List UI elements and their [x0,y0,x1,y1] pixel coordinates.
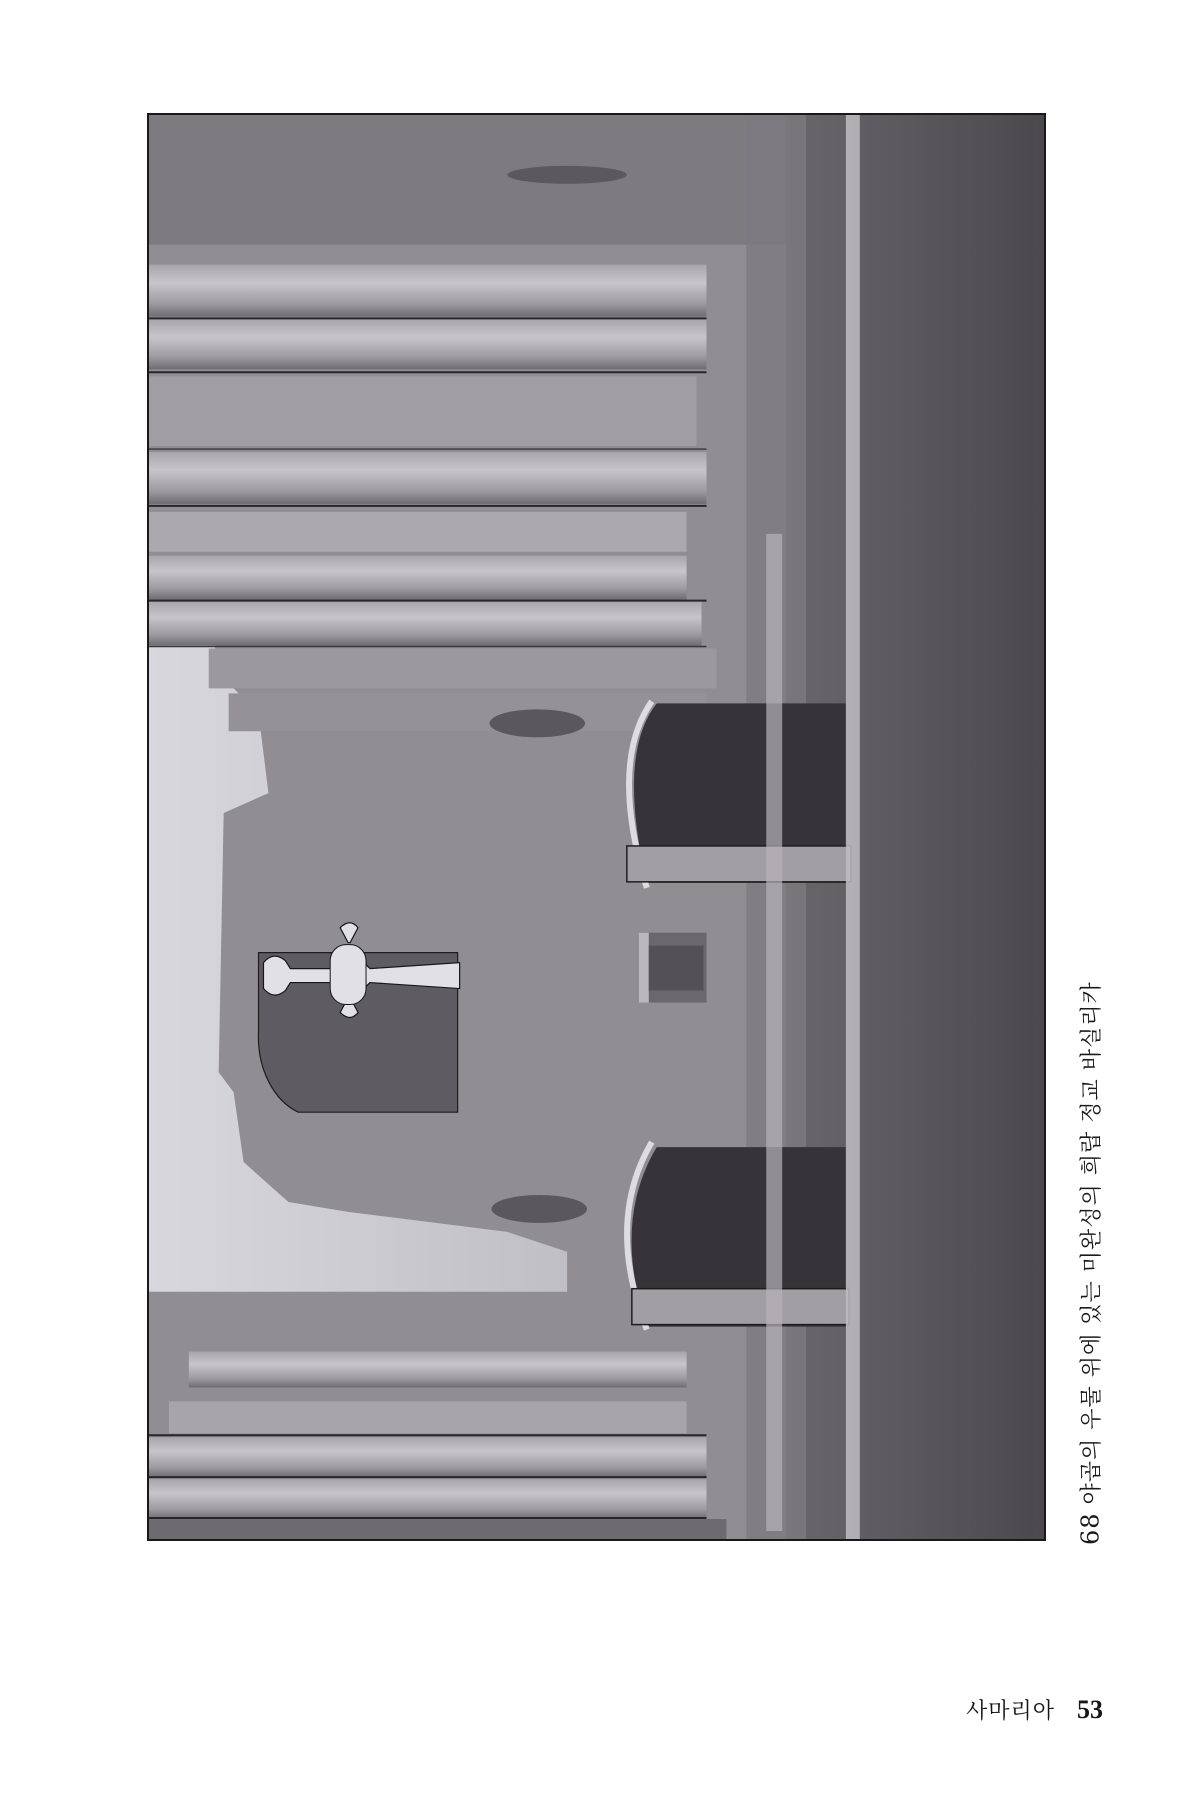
figure-caption-text: 야곱의 우물 위에 있는 미완성의 희랍 정교 바실리카 [1080,981,1105,1504]
upper-oval-window [507,166,626,184]
figure-number: 68 [1077,1512,1105,1545]
lower-columns [149,1352,726,1539]
page-number: 53 [1077,1695,1103,1725]
page-footer: 사마리아 53 [966,1694,1103,1725]
upper-columns [149,265,716,732]
oval-window-2 [491,1195,587,1223]
figure-caption: 68야곱의 우물 위에 있는 미완성의 희랍 정교 바실리카 [1075,981,1106,1545]
small-rect-window [639,933,707,1003]
running-section-title: 사마리아 [966,1694,1055,1725]
figure-photograph [147,113,1046,1541]
basilica-photo-illustration [149,115,1044,1539]
oval-window-1 [489,709,585,737]
